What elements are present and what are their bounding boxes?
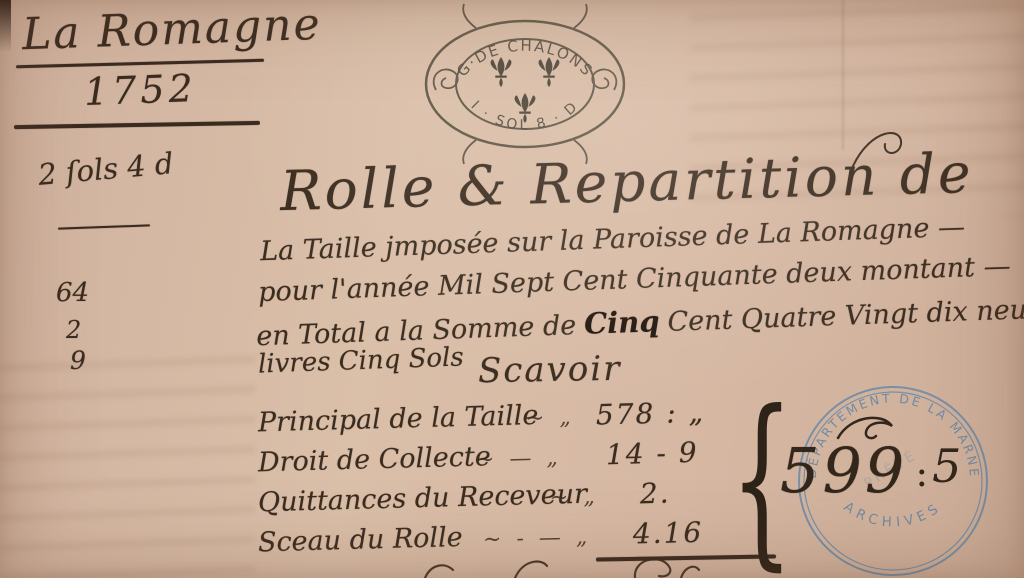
body-text: Cent Quatre Vingt dix neuf — [667, 293, 1024, 338]
ink-bleedthrough [0, 350, 255, 578]
ledger-value: 2. [639, 477, 671, 511]
total-livres: 599 [780, 434, 907, 507]
flourish [845, 122, 915, 170]
ledger-leader: ~ — „ [476, 445, 562, 472]
partial-line-strokes [395, 556, 725, 578]
year-label: 1752 [83, 66, 197, 114]
total-amount: 599:5 [780, 434, 961, 507]
flourish [832, 412, 902, 444]
scavoir-heading: Scavoir [478, 349, 622, 391]
underline [14, 121, 260, 129]
total-separator: : [915, 451, 928, 495]
body-line: livres Cinq Sols [258, 342, 465, 379]
ledger-leader: ~ „ [526, 405, 575, 431]
underline [16, 59, 264, 68]
margin-figure: 2 [66, 316, 81, 344]
parish-name: La Romagne [21, 0, 322, 60]
svg-text:G·DE CHALONS: G·DE CHALONS [453, 37, 597, 81]
margin-figure: 64 [56, 278, 89, 308]
ledger-value: 4.16 [632, 516, 703, 551]
ledger-label: Principal de la Taille [258, 400, 539, 438]
fleur-de-lis-icon [539, 57, 560, 87]
margin-note: 2 ſols 4 d [37, 146, 175, 192]
ledger-leader: ~ - — „ [483, 525, 592, 553]
stamp-top-text: G·DE CHALONS [453, 37, 597, 81]
manuscript-photo: La Romagne 1752 2 ſols 4 d 64 2 9 G·DE C… [0, 0, 1024, 578]
page-edge-shadow [0, 0, 11, 52]
ledger-leader: ~ „ [550, 484, 599, 510]
underline [58, 224, 150, 229]
ledger-value: 578 : „ [595, 396, 705, 432]
fiscal-stamp: G·DE CHALONS I · SOL 8 · D [412, 2, 640, 168]
ledger-value: 14 - 9 [605, 436, 699, 471]
ledger-label: Droit de Collecte [258, 441, 492, 478]
total-sols: 5 [932, 439, 961, 493]
margin-figure: 9 [70, 346, 86, 375]
amount-word-emphasis: Cinq [584, 304, 661, 341]
fleur-de-lis-icon [491, 57, 512, 87]
ledger-label: Sceau du Rolle [258, 522, 464, 558]
